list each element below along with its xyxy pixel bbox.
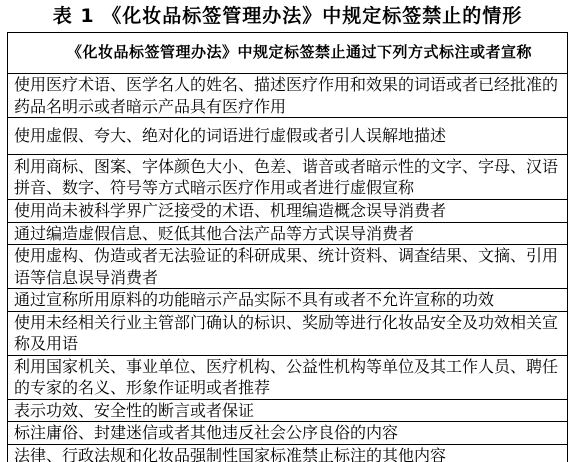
table-row: 使用尚未被科学界广泛接受的术语、机理编造概念误导消费者 [8, 200, 568, 223]
table-cell: 法律、行政法规和化妆品强制性国家标准禁止标注的其他内容 [8, 444, 568, 462]
table-row: 使用未经相关行业主管部门确认的标识、奖励等进行化妆品安全及功效相关宣称及用语 [8, 311, 568, 355]
table-cell: 利用国家机关、事业单位、医疗机构、公益性机构等单位及其工作人员、聘任的专家的名义… [8, 355, 568, 399]
table-cell: 使用虚假、夸大、绝对化的词语进行虚假或者引人误解地描述 [8, 118, 568, 155]
table-row: 法律、行政法规和化妆品强制性国家标准禁止标注的其他内容 [8, 444, 568, 462]
table-cell: 通过宣称所用原料的功能暗示产品实际不具有或者不允许宣称的功效 [8, 289, 568, 312]
table-caption: 表 1 《化妆品标签管理办法》中规定标签禁止的情形 [0, 4, 575, 28]
table-header-cell: 《化妆品标签管理办法》中规定标签禁止通过下列方式标注或者宣称 [8, 33, 568, 74]
table-row: 使用虚构、伪造或者无法验证的科研成果、统计资料、调查结果、文摘、引用语等信息误导… [8, 245, 568, 289]
table-row: 通过宣称所用原料的功能暗示产品实际不具有或者不允许宣称的功效 [8, 289, 568, 312]
table-cell: 使用医疗术语、医学名人的姓名、描述医疗作用和效果的词语或者已经批准的药品名明示或… [8, 74, 568, 118]
table-cell: 通过编造虚假信息、贬低其他合法产品等方式误导消费者 [8, 222, 568, 245]
table-row: 通过编造虚假信息、贬低其他合法产品等方式误导消费者 [8, 222, 568, 245]
table-row: 表示功效、安全性的断言或者保证 [8, 399, 568, 422]
table-cell: 标注庸俗、封建迷信或者其他违反社会公序良俗的内容 [8, 422, 568, 445]
prohibited-labeling-table: 《化妆品标签管理办法》中规定标签禁止通过下列方式标注或者宣称 使用医疗术语、医学… [7, 32, 568, 462]
table-row: 使用医疗术语、医学名人的姓名、描述医疗作用和效果的词语或者已经批准的药品名明示或… [8, 74, 568, 118]
table-cell: 利用商标、图案、字体颜色大小、色差、谐音或者暗示性的文字、字母、汉语拼音、数字、… [8, 155, 568, 200]
table-cell: 使用虚构、伪造或者无法验证的科研成果、统计资料、调查结果、文摘、引用语等信息误导… [8, 245, 568, 289]
table-row: 利用商标、图案、字体颜色大小、色差、谐音或者暗示性的文字、字母、汉语拼音、数字、… [8, 155, 568, 200]
table-cell: 使用尚未被科学界广泛接受的术语、机理编造概念误导消费者 [8, 200, 568, 223]
table-row: 标注庸俗、封建迷信或者其他违反社会公序良俗的内容 [8, 422, 568, 445]
table-header-row: 《化妆品标签管理办法》中规定标签禁止通过下列方式标注或者宣称 [8, 33, 568, 74]
table-cell: 表示功效、安全性的断言或者保证 [8, 399, 568, 422]
table-cell: 使用未经相关行业主管部门确认的标识、奖励等进行化妆品安全及功效相关宣称及用语 [8, 311, 568, 355]
table-row: 利用国家机关、事业单位、医疗机构、公益性机构等单位及其工作人员、聘任的专家的名义… [8, 355, 568, 399]
table-row: 使用虚假、夸大、绝对化的词语进行虚假或者引人误解地描述 [8, 118, 568, 155]
